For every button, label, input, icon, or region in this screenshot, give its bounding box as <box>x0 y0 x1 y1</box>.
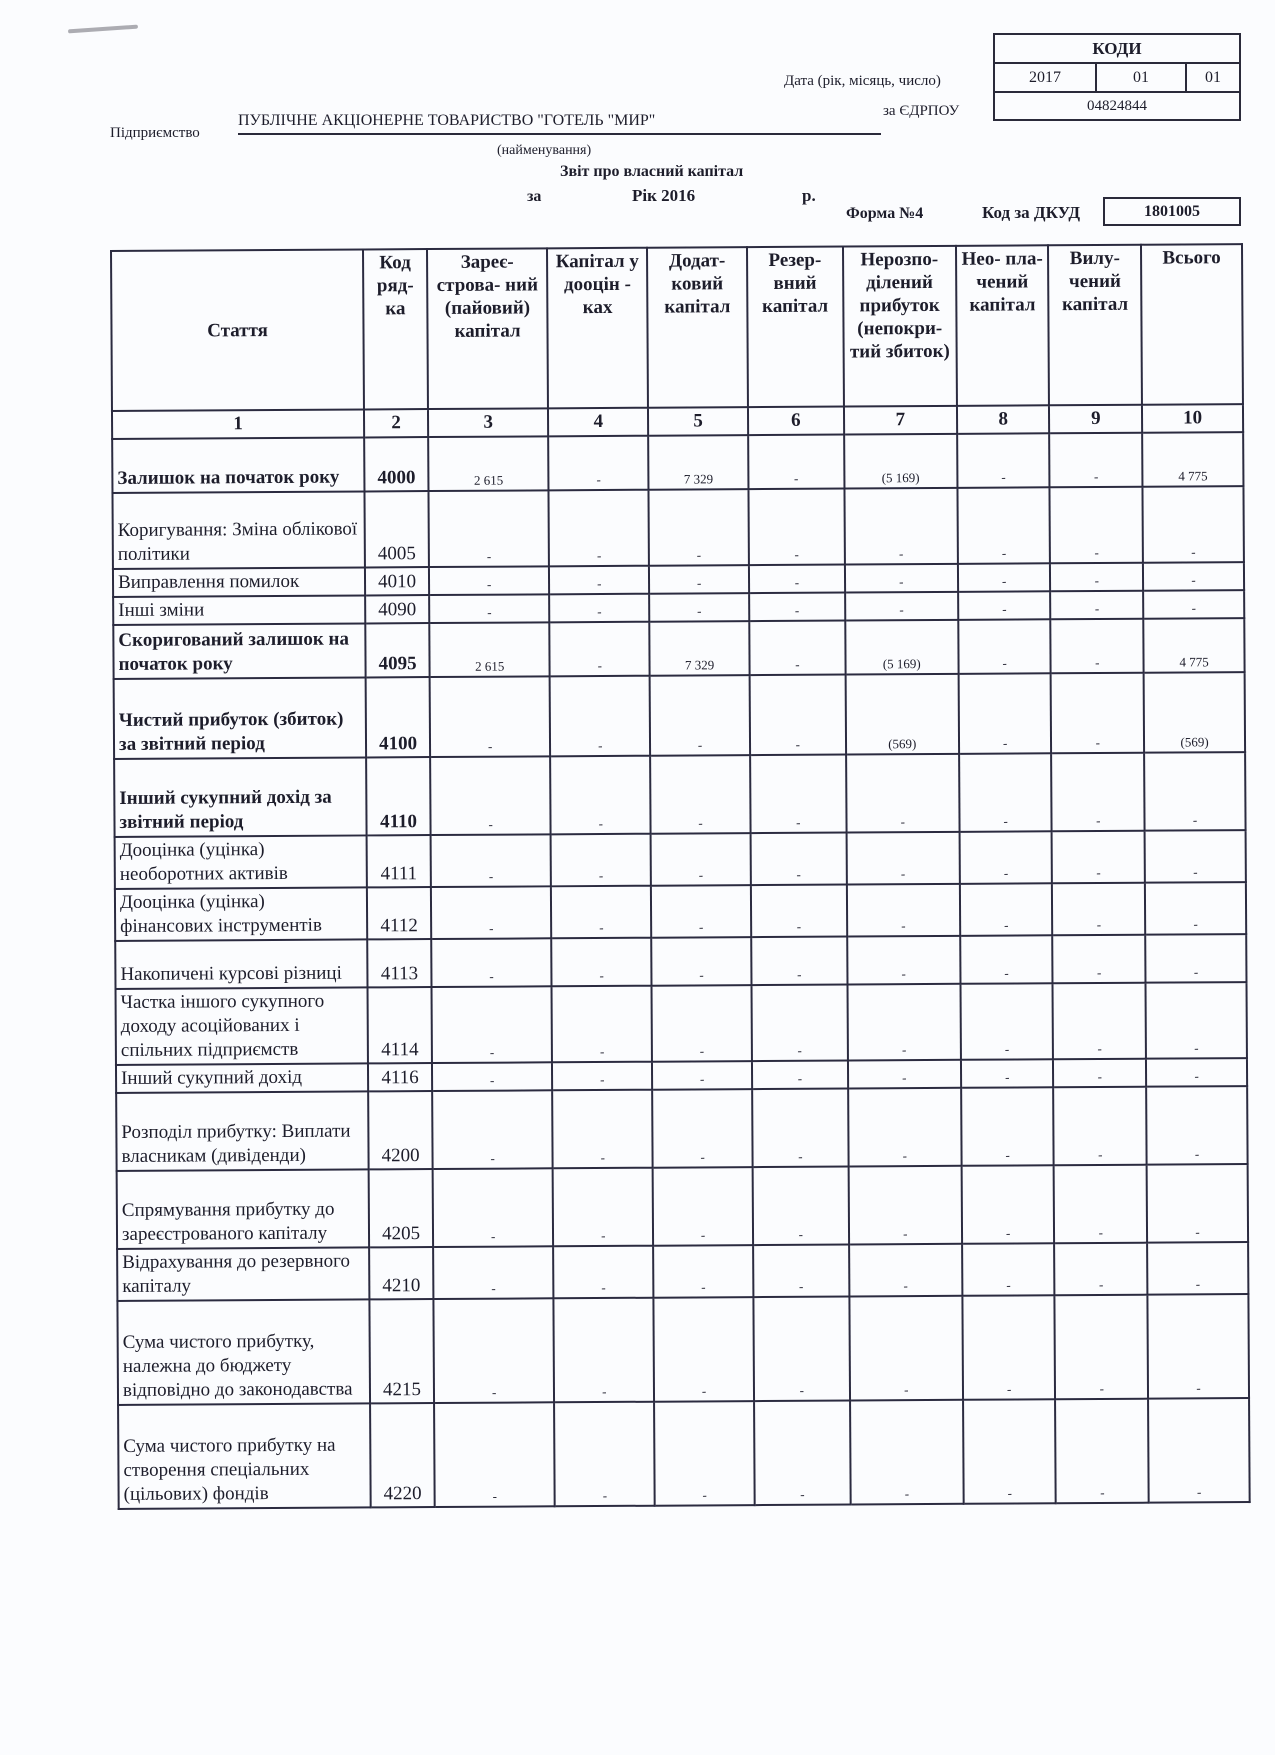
row-code: 4110 <box>366 757 430 835</box>
enterprise-sublabel: (найменування) <box>497 143 591 159</box>
cell-value: - <box>1145 882 1246 935</box>
equity-statement-table: СтаттяКод ряд- каЗареє- строва- ний (пай… <box>110 243 1251 1510</box>
cell-value: - <box>1051 591 1144 620</box>
cell-value: - <box>652 1061 752 1090</box>
table-row: Скоригований залишок на початок року4095… <box>113 618 1244 679</box>
cell-value: - <box>430 756 551 835</box>
cell-value: - <box>433 1168 554 1247</box>
cell-value: - <box>649 565 749 594</box>
table-row: Сума чистого прибутку, належна до бюджет… <box>117 1294 1249 1405</box>
cell-value: - <box>844 488 958 565</box>
cell-value: - <box>1145 830 1246 883</box>
codes-year: 2017 <box>995 64 1097 91</box>
cell-value: - <box>846 754 960 833</box>
dkud-label: Код за ДКУД <box>982 203 1080 223</box>
cell-value: - <box>963 1399 1056 1504</box>
column-header: Всього <box>1141 244 1243 405</box>
cell-value: - <box>1051 619 1144 674</box>
row-label: Спрямування прибутку до зареєстрованого … <box>117 1169 370 1249</box>
cell-value: - <box>961 1087 1054 1166</box>
column-number: 8 <box>957 405 1050 434</box>
cell-value: - <box>958 563 1051 592</box>
cell-value: - <box>960 983 1053 1060</box>
cell-value: - <box>1055 1295 1148 1400</box>
codes-edrpou: 04824844 <box>995 93 1239 119</box>
cell-value: - <box>552 1090 652 1169</box>
cell-value: - <box>652 985 752 1062</box>
cell-value: - <box>433 1246 554 1299</box>
codes-title: КОДИ <box>995 35 1239 64</box>
cell-value: - <box>1146 1058 1247 1087</box>
cell-value: - <box>554 1402 654 1507</box>
cell-value: - <box>752 1061 848 1090</box>
cell-value: - <box>846 832 960 885</box>
column-number: 7 <box>844 406 957 435</box>
cell-value: - <box>431 986 552 1063</box>
cell-value: - <box>750 675 846 756</box>
cell-value: - <box>429 594 550 623</box>
cell-value: - <box>654 1401 754 1506</box>
row-label: Дооцінка (уцінка) фінансових інструменті… <box>115 887 367 941</box>
row-label: Дооцінка (уцінка) необоротних активів <box>115 835 367 889</box>
column-number: 2 <box>364 409 428 437</box>
cell-value: - <box>1054 1087 1147 1166</box>
cell-value: (5 169) <box>845 620 959 675</box>
column-header: Капітал у дооцін - ках <box>547 248 648 409</box>
row-label: Сума чистого прибутку, належна до бюджет… <box>117 1299 370 1405</box>
cell-value: - <box>434 1402 555 1507</box>
cell-value: - <box>550 756 650 835</box>
cell-value: - <box>1052 753 1145 832</box>
report-title: Звіт про власний капітал <box>560 163 743 181</box>
cell-value: 7 329 <box>649 621 749 676</box>
cell-value: - <box>1053 1059 1146 1088</box>
cell-value: - <box>1147 1242 1248 1295</box>
cell-value: - <box>1147 1164 1248 1243</box>
cell-value: - <box>551 834 651 887</box>
cell-value: - <box>749 565 845 594</box>
cell-value: - <box>958 673 1051 754</box>
column-header: Нео- пла- чений капітал <box>956 245 1050 406</box>
cell-value: - <box>554 1298 654 1403</box>
table-row: Дооцінка (уцінка) необоротних активів411… <box>115 830 1246 889</box>
row-label: Скоригований залишок на початок року <box>113 623 365 679</box>
column-header: Код ряд- ка <box>363 249 428 409</box>
row-code: 4090 <box>365 595 429 623</box>
cell-value: - <box>845 592 958 621</box>
column-header: Стаття <box>111 249 364 411</box>
cell-value: - <box>553 1246 653 1299</box>
header-row: СтаттяКод ряд- каЗареє- строва- ний (пай… <box>111 244 1243 411</box>
cell-value: - <box>549 566 649 595</box>
cell-value: - <box>962 1295 1055 1400</box>
column-number: 3 <box>428 408 549 437</box>
cell-value: - <box>1143 486 1244 563</box>
row-label: Розподіл прибутку: Виплати власникам (ди… <box>116 1091 369 1171</box>
cell-value: - <box>957 487 1050 564</box>
cell-value: - <box>651 885 751 938</box>
cell-value: - <box>959 831 1052 884</box>
cell-value: - <box>848 1060 961 1089</box>
cell-value: - <box>653 1167 753 1246</box>
row-code: 4215 <box>370 1299 434 1403</box>
table-row: Розподіл прибутку: Виплати власникам (ди… <box>116 1086 1247 1171</box>
row-code: 4114 <box>368 987 432 1063</box>
date-label: Дата (рік, місяць, число) <box>784 73 941 90</box>
cell-value: - <box>845 564 958 593</box>
cell-value: - <box>847 936 960 985</box>
table-row: Чистий прибуток (збиток) за звітний пері… <box>114 672 1245 759</box>
cell-value: - <box>847 884 961 937</box>
cell-value: - <box>431 938 552 987</box>
cell-value: - <box>749 621 845 676</box>
cell-value: - <box>1052 831 1145 884</box>
row-code: 4005 <box>365 491 429 567</box>
cell-value: - <box>1148 1398 1250 1503</box>
scan-mark <box>68 25 138 34</box>
row-code: 4116 <box>368 1063 432 1091</box>
codes-month: 01 <box>1097 64 1187 91</box>
cell-value: - <box>649 593 749 622</box>
cell-value: - <box>649 489 749 566</box>
cell-value: - <box>961 1165 1054 1244</box>
cell-value: - <box>1054 1165 1147 1244</box>
cell-value: - <box>552 1062 652 1091</box>
cell-value: - <box>432 1090 553 1169</box>
row-code: 4111 <box>367 835 431 887</box>
row-label: Відрахування до резервного капіталу <box>117 1247 369 1301</box>
row-label: Виправлення помилок <box>113 567 365 597</box>
cell-value: - <box>431 886 552 939</box>
column-number: 6 <box>748 407 844 436</box>
row-code: 4100 <box>366 677 430 757</box>
row-code: 4200 <box>368 1091 432 1169</box>
cell-value: - <box>850 1400 964 1505</box>
cell-value: - <box>1050 487 1143 564</box>
cell-value: - <box>553 1168 653 1247</box>
cell-value: - <box>550 622 650 677</box>
table-row: Дооцінка (уцінка) фінансових інструменті… <box>115 882 1246 941</box>
cell-value: - <box>432 1062 553 1091</box>
table-row: Накопичені курсові різниці4113-------- <box>115 934 1246 989</box>
row-label: Інші зміни <box>113 595 365 625</box>
cell-value: - <box>653 1245 753 1298</box>
row-code: 4095 <box>365 623 429 677</box>
row-code: 4112 <box>367 887 431 939</box>
cell-value: - <box>960 935 1053 984</box>
cell-value: - <box>1143 590 1244 619</box>
report-r: р. <box>802 186 816 206</box>
cell-value: - <box>751 833 847 886</box>
cell-value: - <box>549 594 649 623</box>
codes-date-row: 2017 01 01 <box>995 64 1239 93</box>
cell-value: (569) <box>1144 672 1245 753</box>
row-label: Частка іншого сукупного доходу асоційова… <box>116 987 369 1065</box>
dkud-value: 1801005 <box>1103 197 1241 226</box>
cell-value: - <box>751 985 847 1062</box>
cell-value: - <box>1050 433 1143 488</box>
report-period: Рік 2016 <box>632 186 695 206</box>
cell-value: - <box>1055 1243 1148 1296</box>
cell-value: - <box>960 883 1053 936</box>
table-row: Коригування: Зміна облікової політики400… <box>112 486 1243 569</box>
cell-value: - <box>1051 673 1144 754</box>
row-code: 4000 <box>364 437 428 491</box>
cell-value: - <box>650 755 750 834</box>
cell-value: - <box>1146 982 1247 1059</box>
cell-value: - <box>957 433 1050 488</box>
column-header: Резер- вний капітал <box>747 247 844 408</box>
table-row: Частка іншого сукупного доходу асоційова… <box>116 982 1247 1065</box>
cell-value: - <box>848 1166 962 1245</box>
table-row: Спрямування прибутку до зареєстрованого … <box>117 1164 1248 1249</box>
cell-value: - <box>548 436 648 491</box>
cell-value: - <box>549 490 649 567</box>
cell-value: - <box>651 937 751 986</box>
cell-value: - <box>652 1089 752 1168</box>
cell-value: - <box>748 489 844 566</box>
row-label: Інший сукупний дохід <box>116 1063 368 1093</box>
cell-value: - <box>431 834 552 887</box>
codes-day: 01 <box>1187 64 1239 91</box>
table-row: Інший сукупний дохід за звітний період41… <box>114 752 1245 837</box>
cell-value: - <box>552 938 652 987</box>
row-label: Сума чистого прибутку на створення спеці… <box>118 1403 371 1509</box>
column-header: Зареє- строва- ний (пайовий) капітал <box>427 248 548 409</box>
cell-value: - <box>1147 1294 1249 1399</box>
column-number: 5 <box>648 407 748 436</box>
table-row: Відрахування до резервного капіталу4210-… <box>117 1242 1248 1301</box>
edrpou-label: за ЄДРПОУ <box>883 103 959 120</box>
column-number: 4 <box>548 408 648 437</box>
cell-value: - <box>650 675 750 756</box>
row-code: 4210 <box>369 1247 433 1299</box>
column-number: 9 <box>1049 405 1142 434</box>
cell-value: - <box>751 937 847 986</box>
column-header: Додат- ковий капітал <box>647 247 748 408</box>
cell-value: - <box>1146 1086 1247 1165</box>
cell-value: - <box>849 1244 963 1297</box>
column-header: Вилу- чений капітал <box>1048 245 1142 406</box>
cell-value: - <box>847 984 961 1061</box>
cell-value: - <box>1053 935 1146 984</box>
cell-value: - <box>958 619 1051 674</box>
cell-value: - <box>753 1245 849 1298</box>
cell-value: - <box>752 1089 848 1168</box>
cell-value: - <box>848 1088 962 1167</box>
row-code: 4205 <box>369 1169 433 1247</box>
cell-value: 4 775 <box>1143 618 1244 673</box>
report-za: за <box>527 188 541 206</box>
cell-value: - <box>753 1167 849 1246</box>
row-code: 4220 <box>370 1403 434 1507</box>
cell-value: 2 615 <box>428 436 549 491</box>
enterprise-label: Підприємство <box>110 125 200 142</box>
codes-box: КОДИ 2017 01 01 04824844 <box>993 33 1241 121</box>
table-row: Залишок на початок року40002 615-7 329-(… <box>112 432 1243 493</box>
cell-value: - <box>429 566 550 595</box>
cell-value: - <box>552 986 652 1063</box>
cell-value: (569) <box>845 674 959 755</box>
column-number: 1 <box>112 409 364 439</box>
cell-value: - <box>654 1297 754 1402</box>
cell-value: - <box>433 1298 554 1403</box>
column-header: Нерозпо- ділений прибуток (непокри- тий … <box>843 246 957 407</box>
cell-value: - <box>1144 752 1245 831</box>
cell-value: - <box>1053 983 1146 1060</box>
cell-value: (5 169) <box>844 434 958 489</box>
cell-value: 7 329 <box>648 435 748 490</box>
form-label: Форма №4 <box>846 205 923 223</box>
table-row: Сума чистого прибутку на створення спеці… <box>118 1398 1250 1509</box>
cell-value: - <box>550 676 650 757</box>
cell-value: - <box>961 1059 1054 1088</box>
cell-value: - <box>748 435 844 490</box>
row-code: 4010 <box>365 567 429 595</box>
cell-value: - <box>962 1243 1055 1296</box>
cell-value: 4 775 <box>1142 432 1243 487</box>
cell-value: 2 615 <box>429 622 550 677</box>
cell-value: - <box>430 676 551 757</box>
cell-value: - <box>749 593 845 622</box>
cell-value: - <box>1055 1399 1148 1504</box>
row-code: 4113 <box>367 939 431 987</box>
row-label: Залишок на початок року <box>112 437 364 493</box>
enterprise-name: ПУБЛІЧНЕ АКЦІОНЕРНЕ ТОВАРИСТВО "ГОТЕЛЬ "… <box>238 112 881 135</box>
cell-value: - <box>651 833 751 886</box>
cell-value: - <box>849 1296 963 1401</box>
cell-value: - <box>958 591 1051 620</box>
cell-value: - <box>1050 563 1143 592</box>
row-label: Інший сукупний дохід за звітний період <box>114 757 367 837</box>
cell-value: - <box>959 753 1052 832</box>
cell-value: - <box>1143 562 1244 591</box>
cell-value: - <box>1052 883 1145 936</box>
row-label: Накопичені курсові різниці <box>115 939 367 989</box>
cell-value: - <box>753 1297 849 1402</box>
row-label: Чистий прибуток (збиток) за звітний пері… <box>114 677 367 759</box>
cell-value: - <box>551 886 651 939</box>
cell-value: - <box>750 755 846 834</box>
column-number: 10 <box>1142 404 1243 433</box>
row-label: Коригування: Зміна облікової політики <box>112 491 365 569</box>
cell-value: - <box>751 885 847 938</box>
cell-value: - <box>1145 934 1246 983</box>
cell-value: - <box>428 490 549 567</box>
cell-value: - <box>754 1401 850 1506</box>
